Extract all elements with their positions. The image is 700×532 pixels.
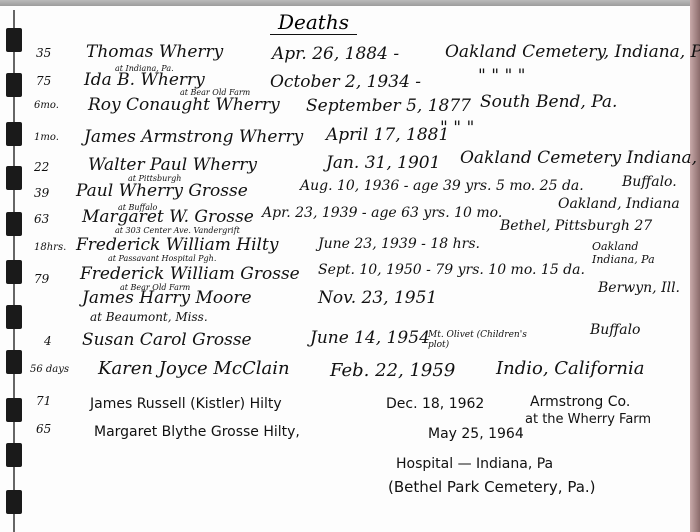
entry-place-note: Hospital — Indiana, Pa	[396, 456, 553, 472]
entry-name: Paul Wherry Grosse	[76, 181, 248, 201]
entry-burial: (Bethel Park Cemetery, Pa.)	[388, 478, 596, 496]
entry-date: Dec. 18, 1962	[386, 396, 484, 412]
entry-name: Margaret W. Grosse	[82, 207, 254, 227]
entry-name: James Armstrong Wherry	[84, 127, 303, 147]
binding-ring	[6, 305, 22, 329]
binding-ring	[6, 350, 22, 374]
entry-burial: " " " "	[478, 66, 526, 86]
entry-name: Frederick William Hilty	[76, 235, 278, 255]
binding-ring	[6, 212, 22, 236]
entry-date: May 25, 1964	[428, 426, 524, 442]
binding-ring	[6, 73, 22, 97]
binding-ring	[6, 490, 22, 514]
binding-ring	[6, 398, 22, 422]
entry-place-note: at 303 Center Ave. Vandergrift	[115, 226, 240, 235]
entry-age: 39	[34, 186, 49, 200]
entry-age: 56 days	[30, 364, 69, 375]
entry-place-note: at Passavant Hospital Pgh.	[108, 254, 216, 263]
entry-date: April 17, 1881	[326, 125, 449, 145]
entry-burial: Buffalo.	[622, 174, 677, 190]
entry-age: 1mo.	[34, 132, 59, 143]
entry-burial: Bethel, Pittsburgh 27	[500, 218, 652, 234]
entry-date: Apr. 26, 1884 -	[272, 44, 399, 64]
entry-age: 35	[36, 46, 51, 60]
binding-ring	[6, 166, 22, 190]
entry-burial: Indio, California	[496, 358, 644, 379]
entry-date: Feb. 22, 1959	[330, 360, 455, 381]
entry-burial: Oakland, Indiana	[558, 196, 680, 212]
entry-date: Aug. 10, 1936 - age 39 yrs. 5 mo. 25 da.	[300, 178, 584, 194]
entry-date: Apr. 23, 1939 - age 63 yrs. 10 mo.	[262, 205, 502, 221]
entry-age: 18hrs.	[34, 242, 66, 253]
binding-ring	[6, 260, 22, 284]
entry-name: Ida B. Wherry	[84, 70, 205, 90]
binding-ring	[6, 122, 22, 146]
entry-name: Roy Conaught Wherry	[88, 95, 280, 115]
entry-burial: Oakland Cemetery Indiana, Pa.	[460, 148, 700, 168]
entry-name: James Harry Moore	[82, 288, 252, 308]
entry-name: Walter Paul Wherry	[88, 155, 257, 175]
entry-age: 71	[36, 394, 51, 408]
entry-name: Susan Carol Grosse	[82, 330, 252, 350]
entry-burial: Armstrong Co.	[530, 394, 630, 410]
entry-date: Jan. 31, 1901	[326, 153, 440, 173]
entry-age: 79	[34, 272, 49, 286]
entry-date: September 5, 1877	[306, 96, 471, 116]
entry-date: Nov. 23, 1951	[318, 288, 437, 308]
entry-name: Thomas Wherry	[86, 42, 223, 62]
entry-name: Frederick William Grosse	[80, 264, 300, 284]
entry-name: James Russell (Kistler) Hilty	[90, 396, 282, 412]
entry-burial: " " "	[440, 118, 474, 138]
entry-burial: Oakland Indiana, Pa	[592, 240, 682, 266]
entry-burial: Mt. Olivet (Children's plot)	[428, 330, 538, 350]
entry-burial: South Bend, Pa.	[480, 92, 617, 112]
entry-age: 6mo.	[34, 100, 59, 111]
entry-age: 75	[36, 74, 51, 88]
entry-name: Karen Joyce McClain	[98, 358, 290, 379]
entry-place-note: at the Wherry Farm	[525, 412, 651, 427]
entry-burial: Oakland Cemetery, Indiana, Pa.	[445, 42, 700, 62]
binding-ring	[6, 443, 22, 467]
entry-age: 4	[44, 334, 52, 348]
entry-name: Margaret Blythe Grosse Hilty,	[94, 424, 300, 440]
entry-date: October 2, 1934 -	[270, 72, 421, 92]
page-title: Deaths	[270, 10, 357, 35]
binding-ring	[6, 28, 22, 52]
entry-age: 65	[36, 422, 51, 436]
entry-place-note: at Beaumont, Miss.	[90, 310, 208, 324]
entry-burial: Berwyn, Ill.	[598, 280, 680, 296]
entry-date: Sept. 10, 1950 - 79 yrs. 10 mo. 15 da.	[318, 262, 585, 278]
entry-age: 63	[34, 212, 49, 226]
entry-date: June 14, 1954	[310, 328, 430, 348]
entry-extra: Buffalo	[590, 322, 640, 338]
entry-date: June 23, 1939 - 18 hrs.	[318, 236, 480, 252]
entry-age: 22	[34, 160, 49, 174]
page-right-edge	[690, 0, 700, 532]
